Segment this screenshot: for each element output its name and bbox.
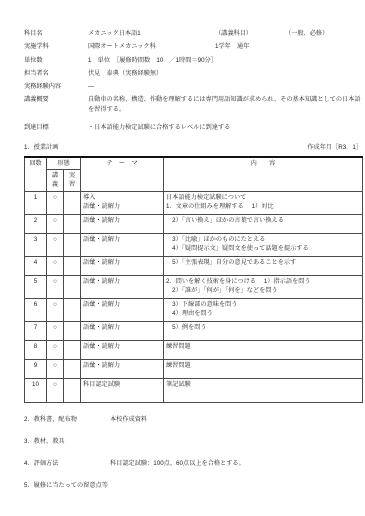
lesson-plan-table: 回数 形態 テ ー マ 内 容 講義 実習 1 ○ 導入語彙・読解力 日本語能力… — [24, 156, 363, 403]
lecture-mark: ○ — [47, 378, 64, 402]
field-instructor: 担当者名 伏見 泰典（実務経験無） — [24, 69, 362, 78]
field-work-experience: 実務経験内容 — — [24, 82, 362, 91]
row-number: 2 — [25, 214, 47, 233]
practice-mark — [64, 298, 81, 321]
field-label: 実施学科 — [24, 42, 88, 51]
row-number: 7 — [25, 321, 47, 340]
practice-mark — [64, 256, 81, 275]
theme-cell: 語彙・読解力 — [81, 298, 164, 321]
practice-mark — [64, 340, 81, 359]
row-number: 6 — [25, 298, 47, 321]
row-number: 5 — [25, 275, 47, 298]
theme-cell: 語彙・読解力 — [81, 275, 164, 298]
content-cell: 5）例を問う — [164, 321, 363, 340]
lecture-mark: ○ — [47, 214, 64, 233]
document-content: 科目名 メカニック日本語1 （講義科目） （一般、必修） 実施学科 国際オートメ… — [24, 29, 362, 491]
content-cell: 3）下線部の意味を問う 4）理由を問う — [164, 298, 363, 321]
practice-mark — [64, 321, 81, 340]
field-label: 担当者名 — [24, 69, 88, 78]
table-row: 4 ○ 語彙・読解力 5）「主張表現」自分の意見であることを示す — [25, 256, 363, 275]
lecture-mark: ○ — [47, 275, 64, 298]
lecture-mark: ○ — [47, 321, 64, 340]
syllabus-document: 科目名 メカニック日本語1 （講義科目） （一般、必修） 実施学科 国際オートメ… — [0, 0, 365, 516]
row-number: 3 — [25, 233, 47, 256]
field-label: 講義概要 — [24, 95, 88, 104]
practice-mark — [64, 275, 81, 298]
table-row: 7 ○ 語彙・読解力 5）例を問う — [25, 321, 363, 340]
field-value: メカニック日本語1 — [88, 29, 215, 38]
lecture-mark: ○ — [47, 340, 64, 359]
practice-mark — [64, 191, 81, 214]
field-value: 自動車の名称、構造、作動を理解するには専門用語知識が求められ、その基本知識として… — [88, 95, 362, 114]
row-number: 10 — [25, 378, 47, 402]
row-number: 8 — [25, 340, 47, 359]
col-header-theme: テ ー マ — [81, 157, 164, 191]
field-goal: 到達目標 ・日本語能力検定試験に合格するレベルに到達する — [24, 123, 362, 132]
table-row: 9 ○ 語彙・読解力 練習問題 — [25, 359, 363, 378]
col-header-practice: 実習 — [64, 169, 81, 191]
table-row: 8 ○ 語彙・読解力 練習問題 — [25, 340, 363, 359]
content-cell: 日本語能力検定試験について1．文章の仕組みを理解する 1）対比 — [164, 191, 363, 214]
field-department: 実施学科 国際オートメカニック科 1学年 通年 — [24, 42, 362, 51]
field-value: — — [88, 82, 362, 91]
theme-cell: 語彙・読解力 — [81, 214, 164, 233]
plan-title-row: 1．授業計画 作成年月［R3．1］ — [24, 143, 362, 152]
practice-mark — [64, 359, 81, 378]
field-value: 伏見 泰典（実務経験無） — [88, 69, 362, 78]
table-row: 2 ○ 語彙・読解力 2）「言い換え」ほかの言葉で言い換える — [25, 214, 363, 233]
lecture-mark: ○ — [47, 233, 64, 256]
lecture-mark: ○ — [47, 256, 64, 275]
footer-label: 2．教科書、配布物 — [24, 415, 110, 424]
field-label: 単位数 — [24, 56, 88, 65]
field-extra: 1学年 通年 — [215, 42, 362, 51]
content-cell: 練習問題 — [164, 340, 363, 359]
field-value: 1 単位 ［履修時間数 10 ／1時間＝90分］ — [88, 56, 362, 65]
theme-cell: 科目認定試験 — [81, 378, 164, 402]
footer-item-notes: 5．履修に当たっての留意点等 — [24, 481, 362, 490]
field-value: 国際オートメカニック科 — [88, 42, 215, 51]
footer-item-materials: 3．教材、教具 — [24, 437, 362, 446]
col-header-form: 形態 — [47, 157, 81, 170]
practice-mark — [64, 214, 81, 233]
content-cell: 筆記試験 — [164, 378, 363, 402]
footer-label: 4．評価方法 — [24, 459, 110, 468]
table-row: 1 ○ 導入語彙・読解力 日本語能力検定試験について1．文章の仕組みを理解する … — [25, 191, 363, 214]
content-cell: 2）「言い換え」ほかの言葉で言い換える — [164, 214, 363, 233]
col-header-lecture: 講義 — [47, 169, 64, 191]
footer-item-evaluation: 4．評価方法 科目認定試験：100点、60点以上を合格とする。 — [24, 459, 362, 468]
theme-cell: 導入語彙・読解力 — [81, 191, 164, 214]
content-cell: 3）「比喩」ほかのものにたとえる 4）「疑問提示文」疑問文を使って話題を提示する — [164, 233, 363, 256]
field-subject: 科目名 メカニック日本語1 （講義科目） （一般、必修） — [24, 29, 362, 38]
field-credits: 単位数 1 単位 ［履修時間数 10 ／1時間＝90分］ — [24, 56, 362, 65]
theme-cell: 語彙・読解力 — [81, 321, 164, 340]
row-number: 4 — [25, 256, 47, 275]
col-header-content: 内 容 — [164, 157, 363, 191]
theme-cell: 語彙・読解力 — [81, 233, 164, 256]
footer-item-textbook: 2．教科書、配布物 本校作成資料 — [24, 415, 362, 424]
plan-section-title: 1．授業計画 — [24, 143, 58, 152]
practice-mark — [64, 378, 81, 402]
table-row: 5 ○ 語彙・読解力 2．問いを解く技術を身につける 1）指示語を問う 2）「誰… — [25, 275, 363, 298]
field-value: ・日本語能力検定試験に合格するレベルに到達する — [88, 123, 362, 132]
lecture-mark: ○ — [47, 359, 64, 378]
table-row: 10 ○ 科目認定試験 筆記試験 — [25, 378, 363, 402]
table-header: 回数 形態 テ ー マ 内 容 講義 実習 — [25, 157, 363, 191]
footer-value: 科目認定試験：100点、60点以上を合格とする。 — [110, 459, 362, 468]
lecture-mark: ○ — [47, 298, 64, 321]
field-extra: （講義科目） — [215, 29, 285, 38]
practice-mark — [64, 233, 81, 256]
content-cell: 2．問いを解く技術を身につける 1）指示語を問う 2）「誰が」「何が」「何を」な… — [164, 275, 363, 298]
field-label: 科目名 — [24, 29, 88, 38]
field-label: 到達目標 — [24, 123, 88, 132]
field-course-outline: 講義概要 自動車の名称、構造、作動を理解するには専門用語知識が求められ、その基本… — [24, 95, 362, 114]
content-cell: 5）「主張表現」自分の意見であることを示す — [164, 256, 363, 275]
theme-cell: 語彙・読解力 — [81, 256, 164, 275]
lecture-mark: ○ — [47, 191, 64, 214]
col-header-count: 回数 — [25, 157, 47, 191]
field-label: 実務経験内容 — [24, 82, 88, 91]
footer-value: 本校作成資料 — [110, 415, 362, 424]
table-row: 3 ○ 語彙・読解力 3）「比喩」ほかのものにたとえる 4）「疑問提示文」疑問文… — [25, 233, 363, 256]
footer-label: 5．履修に当たっての留意点等 — [24, 481, 110, 490]
theme-cell: 語彙・読解力 — [81, 359, 164, 378]
field-extra: （一般、必修） — [285, 29, 362, 38]
row-number: 9 — [25, 359, 47, 378]
table-row: 6 ○ 語彙・読解力 3）下線部の意味を問う 4）理由を問う — [25, 298, 363, 321]
footer-label: 3．教材、教具 — [24, 437, 110, 446]
content-cell: 練習問題 — [164, 359, 363, 378]
row-number: 1 — [25, 191, 47, 214]
created-date: 作成年月［R3．1］ — [307, 143, 362, 152]
theme-cell: 語彙・読解力 — [81, 340, 164, 359]
